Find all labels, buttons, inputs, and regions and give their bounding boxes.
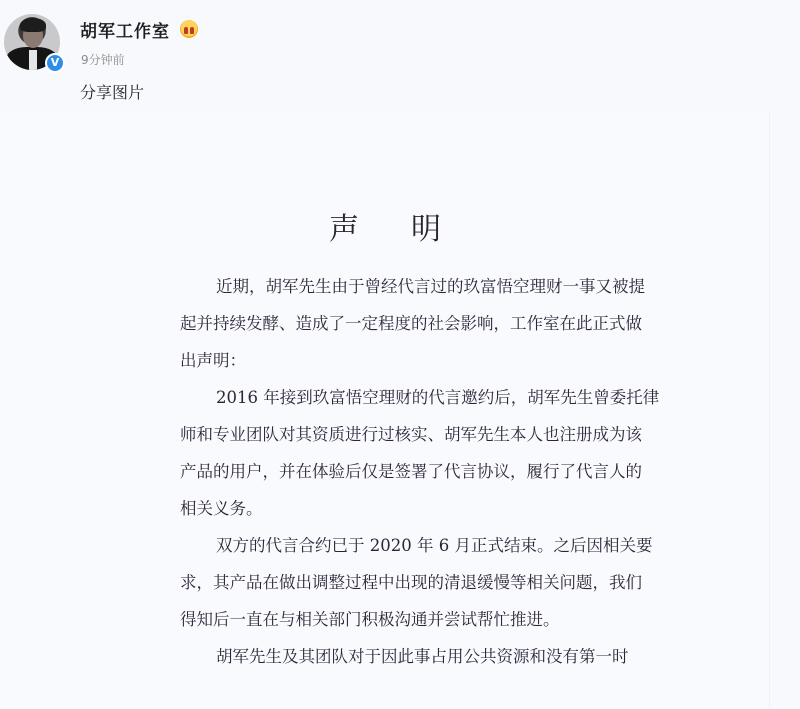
text-line: 师和专业团队对其资质进行过核实、胡军先生本人也注册成为该 bbox=[180, 416, 706, 453]
text-line: 得知后一直在与相关部门积极沟通并尝试帮忙推进。 bbox=[180, 601, 706, 638]
avatar-shirt-shape bbox=[29, 50, 37, 70]
statement-title: 声明 bbox=[0, 204, 770, 248]
text-line: 产品的用户，并在体验后仅是签署了代言协议，履行了代言人的 bbox=[180, 453, 706, 490]
post-text: 分享图片 bbox=[80, 80, 144, 103]
verified-badge-icon: V bbox=[45, 53, 65, 73]
text-line: 起并持续发酵、造成了一定程度的社会影响，工作室在此正式做 bbox=[180, 305, 706, 342]
text-line: 近期，胡军先生由于曾经代言过的玖富悟空理财一事又被提 bbox=[214, 268, 706, 305]
member-emoji-icon bbox=[180, 20, 198, 38]
text-line: 胡军先生及其团队对于因此事占用公共资源和没有第一时 bbox=[214, 638, 706, 675]
text-line: 2016 年接到玖富悟空理财的代言邀约后，胡军先生曾委托律 bbox=[214, 379, 706, 416]
text-line: 双方的代言合约已于 2020 年 6 月正式结束。之后因相关要 bbox=[214, 527, 706, 564]
title-char: 明 bbox=[411, 204, 441, 248]
paragraph: 胡军先生及其团队对于因此事占用公共资源和没有第一时 bbox=[214, 638, 706, 675]
paragraph: 2016 年接到玖富悟空理财的代言邀约后，胡军先生曾委托律 师和专业团队对其资质… bbox=[214, 379, 706, 527]
title-char: 声 bbox=[329, 204, 359, 248]
avatar-hair-shape bbox=[20, 18, 46, 32]
text-line: 相关义务。 bbox=[180, 490, 706, 527]
paragraph: 双方的代言合约已于 2020 年 6 月正式结束。之后因相关要 求，其产品在做出… bbox=[214, 527, 706, 638]
author-name[interactable]: 胡军工作室 bbox=[80, 17, 170, 42]
post-header: V 胡军工作室 9分钟前 分享图片 bbox=[0, 0, 800, 110]
post-timestamp: 9分钟前 bbox=[81, 51, 125, 68]
text-line: 出声明： bbox=[180, 342, 706, 379]
statement-image[interactable]: 声明 近期，胡军先生由于曾经代言过的玖富悟空理财一事又被提 起并持续发酵、造成了… bbox=[0, 110, 770, 709]
statement-body: 近期，胡军先生由于曾经代言过的玖富悟空理财一事又被提 起并持续发酵、造成了一定程… bbox=[214, 268, 706, 675]
text-line: 求，其产品在做出调整过程中出现的清退缓慢等相关问题，我们 bbox=[180, 564, 706, 601]
paragraph: 近期，胡军先生由于曾经代言过的玖富悟空理财一事又被提 起并持续发酵、造成了一定程… bbox=[214, 268, 706, 379]
